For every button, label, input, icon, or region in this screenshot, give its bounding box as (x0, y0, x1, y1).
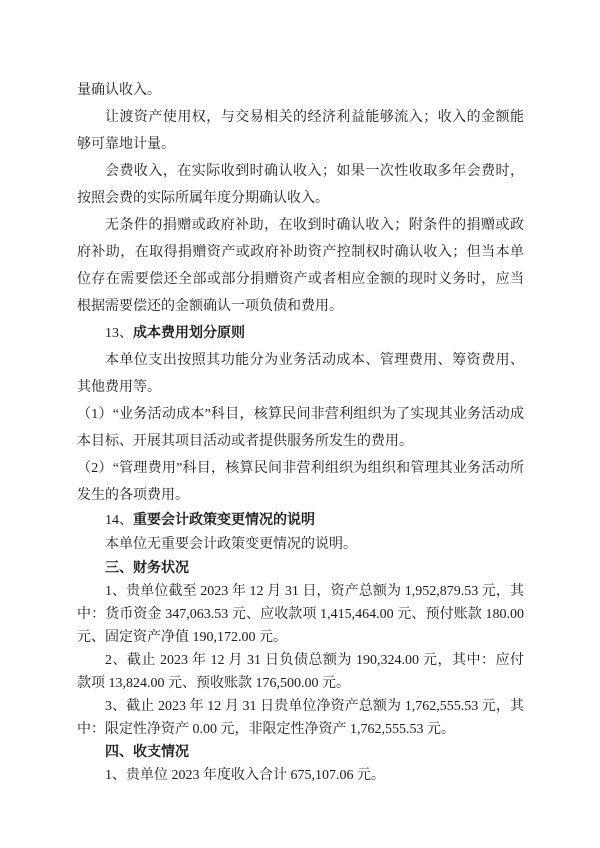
paragraph-no-policy-change: 本单位无重要会计政策变更情况的说明。 (77, 533, 524, 557)
heading-number: 14、 (105, 513, 133, 528)
paragraph-total-income-2023: 1、贵单位 2023 年度收入合计 675,107.06 元。 (77, 764, 524, 787)
paragraph-total-assets: 1、贵单位截至 2023 年 12 月 31 日，资产总额为 1,952,879… (77, 580, 524, 649)
heading-section-3-financial-status: 三、财务状况 (77, 557, 524, 580)
paragraph-membership-fee-revenue: 会费收入，在实际收到时确认收入；如果一次性收取多年会费时，按照会费的实际所属年度… (77, 158, 524, 212)
paragraph-total-liabilities: 2、截止 2023 年 12 月 31 日负债总额为 190,324.00 元，… (77, 649, 524, 695)
paragraph-donation-government-subsidy: 无条件的捐赠或政府补助，在收到时确认收入；附条件的捐赠或政府补助，在取得捐赠资产… (77, 212, 524, 320)
list-item-1-business-activity-cost: （1）“业务活动成本”科目，核算民间非营利组织为了实现其业务活动成本目标、开展其… (77, 401, 524, 455)
document-page: 量确认收入。 让渡资产使用权，与交易相关的经济利益能够流入；收入的金额能够可靠地… (0, 0, 600, 848)
list-item-2-management-expense: （2）“管理费用”科目，核算民间非营利组织为组织和管理其业务活动所发生的各项费用… (77, 455, 524, 509)
heading-13-cost-expense-division: 13、成本费用划分原则 (77, 320, 524, 347)
paragraph-asset-use-rights-revenue: 让渡资产使用权，与交易相关的经济利益能够流入；收入的金额能够可靠地计量。 (77, 104, 524, 158)
heading-title: 重要会计政策变更情况的说明 (133, 513, 315, 528)
heading-number: 13、 (105, 326, 133, 341)
heading-14-accounting-policy-change: 14、重要会计政策变更情况的说明 (77, 509, 524, 533)
paragraph-revenue-measure-continuation: 量确认收入。 (77, 77, 524, 104)
paragraph-expense-classification: 本单位支出按照其功能分为业务活动成本、管理费用、筹资费用、其他费用等。 (77, 347, 524, 401)
heading-title: 成本费用划分原则 (133, 326, 245, 341)
paragraph-net-assets: 3、截止 2023 年 12 月 31 日贵单位净资产总额为 1,762,555… (77, 695, 524, 741)
heading-section-4-income-expense: 四、收支情况 (77, 741, 524, 764)
